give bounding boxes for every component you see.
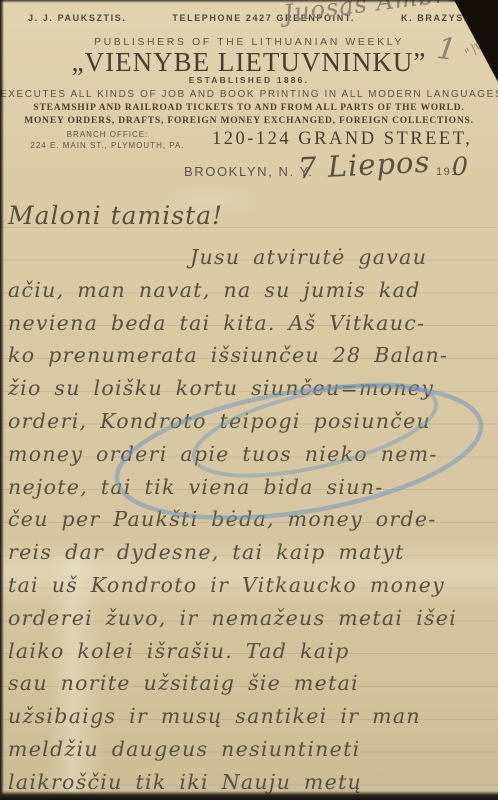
branch-office-block: BRANCH OFFICE: 224 E. MAIN ST., PLYMOUTH… — [30, 129, 185, 151]
branch-office-label: BRANCH OFFICE: — [67, 130, 149, 139]
letter-line: neviena beda tai kita. Aš Vitkauc- — [8, 307, 498, 340]
scanned-letter: J. J. PAUKSZTIS. TELEPHONE 2427 GREENPOI… — [0, 0, 498, 800]
photo-edge-bottom — [0, 791, 498, 800]
letter-line: žio su loišku kortu siunčeu=money — [8, 372, 498, 405]
letter-line: orderi, Kondroto teipogi posiunčeu — [8, 405, 498, 438]
letter-line: tai uš Kondroto ir Vitkaucko money — [8, 569, 498, 602]
letter-line: orderei žuvo, ir nemažeus metai išei — [8, 602, 498, 635]
handwritten-year-digit: 0 — [452, 152, 468, 181]
letterhead-partners-row: J. J. PAUKSZTIS. TELEPHONE 2427 GREENPOI… — [28, 13, 468, 23]
letter-line: money orderi apie tuos nieko nem- — [8, 438, 498, 471]
photo-edge-left — [0, 0, 4, 800]
street-address: 120-124 GRAND STREET, — [212, 129, 472, 150]
letter-line: čeu per Paukšti bėda, money orde- — [8, 503, 498, 536]
letter-line: nejote, tai tik viena bida siun- — [8, 471, 498, 504]
established-line: ESTABLISHED 1886. — [0, 75, 498, 85]
letter-line: Jusu atvirutė gavau — [8, 241, 498, 274]
partner-name-left: J. J. PAUKSZTIS. — [28, 13, 126, 23]
partner-name-right: K. BRAZYS. — [401, 13, 468, 23]
letter-line: meldžiu daugeus nesiuntineti — [8, 733, 498, 766]
services-line-3: MONEY ORDERS, DRAFTS, FOREIGN MONEY EXCH… — [0, 116, 498, 126]
letter-line: ačiu, man navat, na su jumis kad — [8, 274, 498, 307]
branch-office-address: 224 E. MAIN ST., PLYMOUTH, PA. — [30, 141, 184, 150]
masthead-title: „VIENYBE LIETUVNINKU” — [0, 47, 498, 78]
letter-line: sau norite užsitaig šie metai — [8, 667, 498, 700]
letter-line: laiko kolei išrašiu. Tad kaip — [8, 635, 498, 668]
handwritten-date: 7 Liepos — [297, 145, 431, 186]
letter-line: reis dar dydesne, tai kaip matyt — [8, 536, 498, 569]
services-line-1: EXECUTES ALL KINDS OF JOB AND BOOK PRINT… — [0, 89, 498, 100]
city-line: BROOKLYN, N. Y. — [184, 164, 314, 179]
photo-edge-top — [0, 0, 498, 3]
letter-line: ko prenumerata išsiunčeu 28 Balan- — [8, 339, 498, 372]
services-line-2: STEAMSHIP AND RAILROAD TICKETS TO AND FR… — [0, 103, 498, 113]
letter-body: Maloni tamista! Jusu atvirutė gavau ačiu… — [8, 201, 498, 799]
salutation: Maloni tamista! — [8, 201, 498, 241]
letter-line: užsibaigs ir musų santikei ir man — [8, 700, 498, 733]
